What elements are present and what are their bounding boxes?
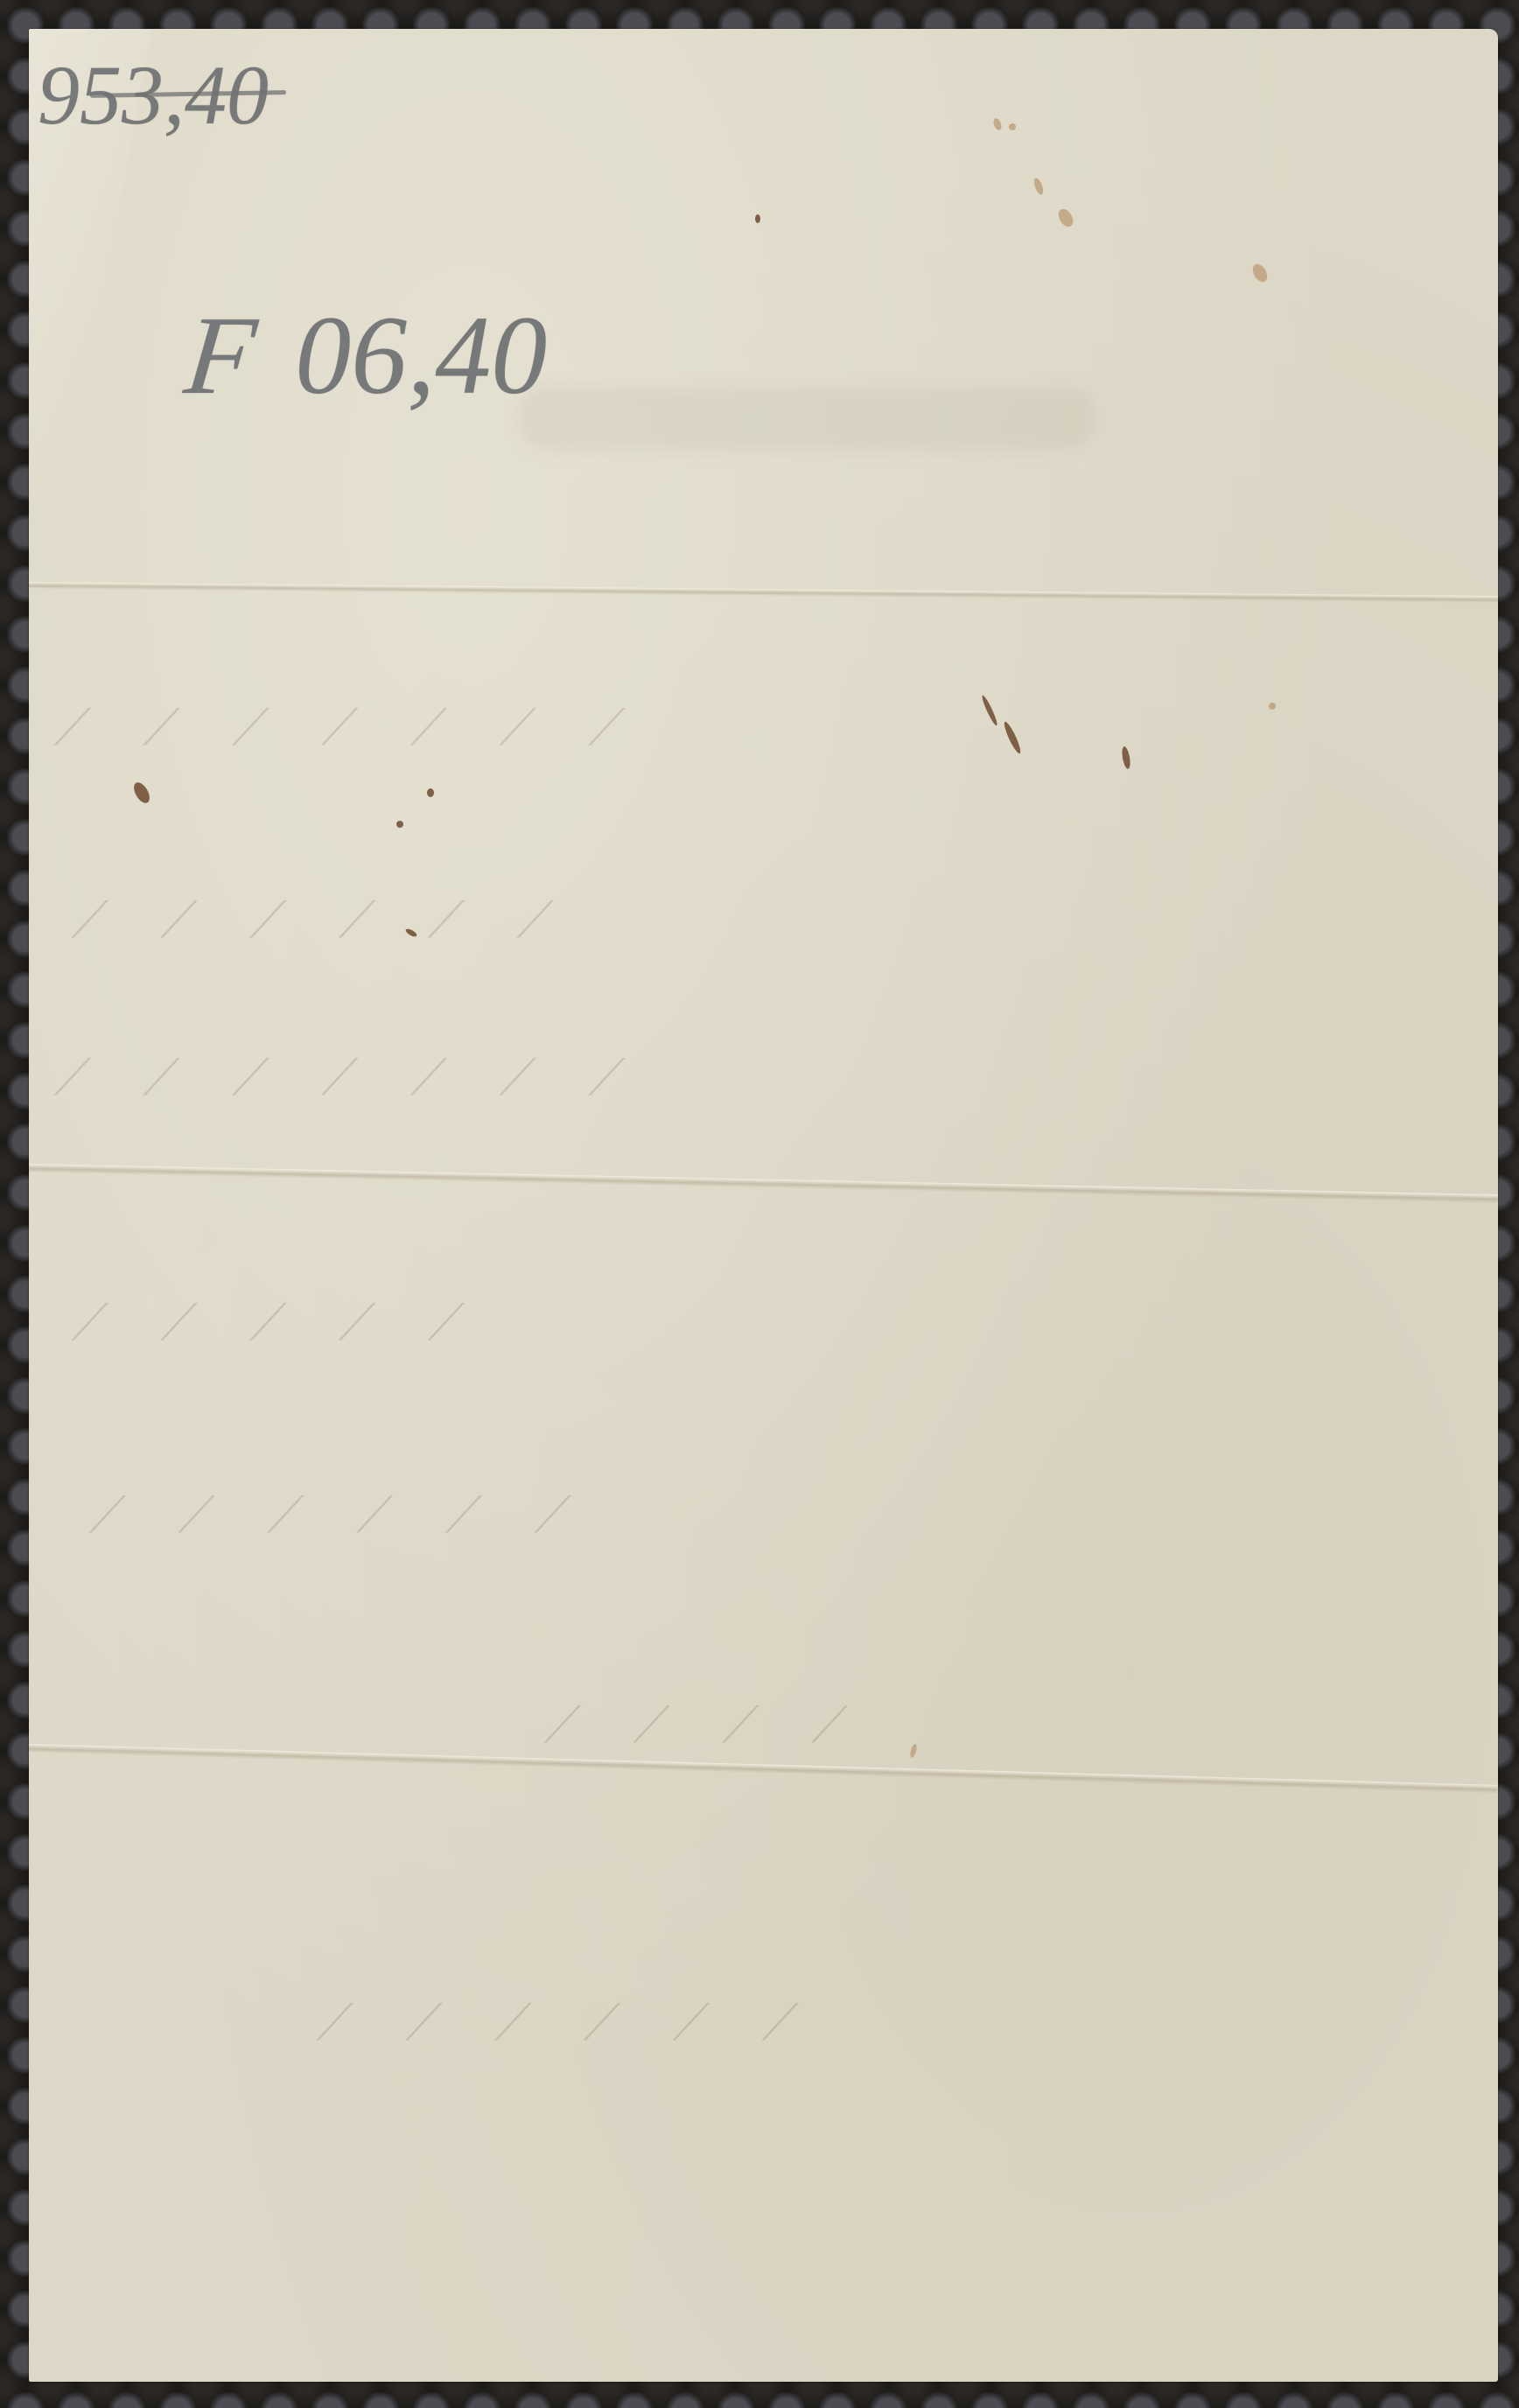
ink-stain xyxy=(1002,720,1023,755)
rust-spot xyxy=(1055,206,1075,229)
ink-stain xyxy=(755,214,760,223)
ink-stain xyxy=(980,695,998,727)
fold-line-middle xyxy=(29,1164,1498,1203)
fold-line-top xyxy=(29,582,1498,603)
bleed-through-line: / / / / / / xyxy=(86,1481,603,1546)
bleed-through-line: / / / / / / / xyxy=(51,694,656,759)
rust-spot xyxy=(1249,262,1270,284)
paper-sheet: / / / / / / / / / / / / / / / / / / / / … xyxy=(29,29,1498,2382)
new-number-text: 06,40 xyxy=(295,293,547,417)
bleed-through-line: / / / / / / / xyxy=(51,1044,656,1109)
ink-stain xyxy=(427,788,434,797)
bleed-through-line: / / / / / / xyxy=(313,1989,830,2054)
rust-spot xyxy=(992,117,1003,131)
rust-spot xyxy=(1032,177,1045,196)
bleed-through-line: / / / / xyxy=(541,1691,879,1756)
faded-bleed-through-heading xyxy=(519,388,1096,449)
ink-stain xyxy=(396,821,403,828)
rust-spot xyxy=(1269,703,1276,710)
rust-spot xyxy=(909,1743,918,1758)
pencil-mark-symbol: F xyxy=(179,291,262,420)
bleed-through-line: / / / / / xyxy=(68,1289,496,1354)
bleed-through-line: / / / / / / xyxy=(68,886,585,951)
pencil-number: F06,40 xyxy=(186,291,547,420)
rust-spot xyxy=(1009,123,1016,130)
ink-stain xyxy=(1121,746,1131,770)
struck-pencil-number: 953,40 xyxy=(38,46,269,143)
corner-crease xyxy=(29,29,151,991)
ink-stain xyxy=(130,780,152,806)
